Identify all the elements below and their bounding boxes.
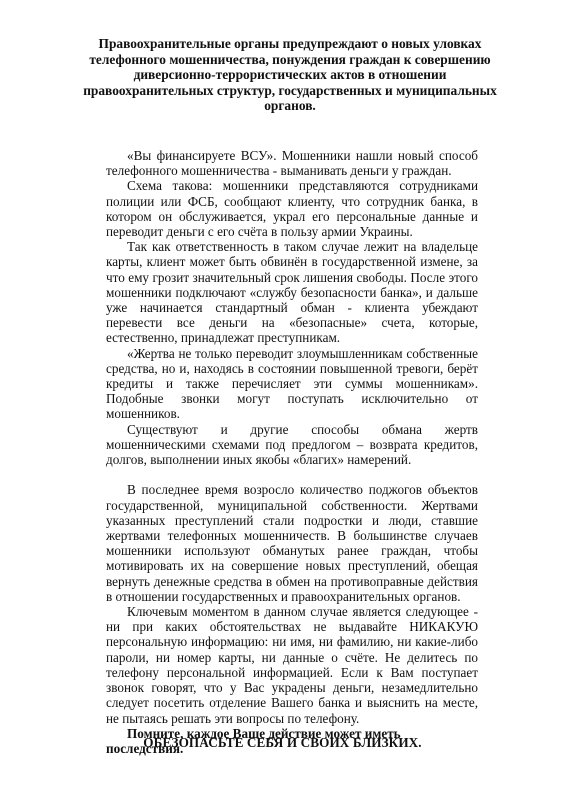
- title-line: правоохранительных структур, государстве…: [83, 83, 497, 98]
- title-line: диверсионно-террористических актов в отн…: [134, 67, 447, 82]
- paragraph-key-advice: Ключевым моментом в данном случае являет…: [106, 604, 478, 726]
- paragraph-responsibility: Так как ответственность в таком случае л…: [106, 239, 478, 345]
- title-line: телефонного мошенничества, понуждения гр…: [89, 52, 490, 67]
- paragraph-arson: В последнее время возросло количество по…: [106, 482, 478, 604]
- paragraph-vsu-scheme-intro: «Вы финансируете ВСУ». Мошенники нашли н…: [106, 148, 478, 178]
- paragraph-other-schemes: Существуют и другие способы обмана жертв…: [106, 422, 478, 468]
- document-body: «Вы финансируете ВСУ». Мошенники нашли н…: [106, 148, 478, 756]
- paragraph-scheme-description: Схема такова: мошенники представляются с…: [106, 178, 478, 239]
- document-title: Правоохранительные органы предупреждают …: [70, 36, 510, 114]
- title-line: Правоохранительные органы предупреждают …: [99, 36, 482, 51]
- paragraph-victim-quote: «Жертва не только переводит злоумышленни…: [106, 346, 478, 422]
- document-page: Правоохранительные органы предупреждают …: [0, 0, 565, 800]
- title-line: органов.: [264, 98, 316, 113]
- closing-call: ОБЕЗОПАСЬТЕ СЕБЯ И СВОИХ БЛИЗКИХ.: [60, 735, 505, 751]
